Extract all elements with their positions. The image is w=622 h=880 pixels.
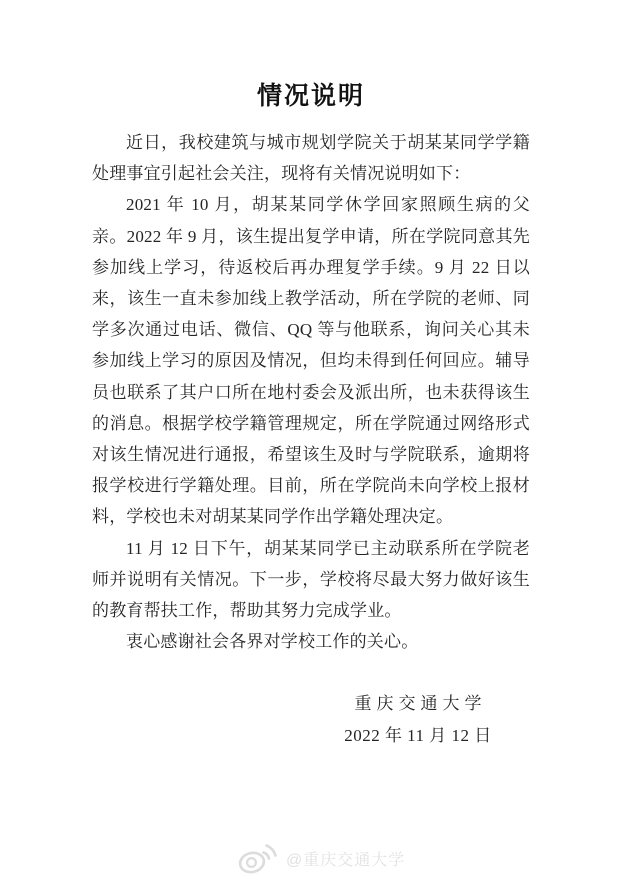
- watermark: @重庆交通大学: [237, 841, 405, 875]
- document-page: 情况说明 近日，我校建筑与城市规划学院关于胡某某同学学籍处理事宜引起社会关注，现…: [0, 0, 622, 880]
- signature-block: 重庆交通大学 2022 年 11 月 12 日: [323, 688, 513, 750]
- watermark-text: @重庆交通大学: [286, 847, 405, 870]
- signature-date: 2022 年 11 月 12 日: [344, 720, 492, 751]
- paragraph-details: 2021 年 10 月，胡某某同学休学回家照顾生病的父亲。2022 年 9 月，…: [92, 189, 530, 532]
- paragraph-update: 11 月 12 日下午，胡某某同学已主动联系所在学院老师并说明有关情况。下一步，…: [92, 533, 530, 627]
- document-body: 近日，我校建筑与城市规划学院关于胡某某同学学籍处理事宜引起社会关注，现将有关情况…: [92, 127, 530, 657]
- paragraph-thanks: 衷心感谢社会各界对学校工作的关心。: [92, 626, 530, 657]
- document-title: 情况说明: [0, 0, 622, 111]
- weibo-icon: [237, 841, 277, 875]
- signature-organization: 重庆交通大学: [350, 688, 487, 719]
- paragraph-intro: 近日，我校建筑与城市规划学院关于胡某某同学学籍处理事宜引起社会关注，现将有关情况…: [92, 127, 530, 189]
